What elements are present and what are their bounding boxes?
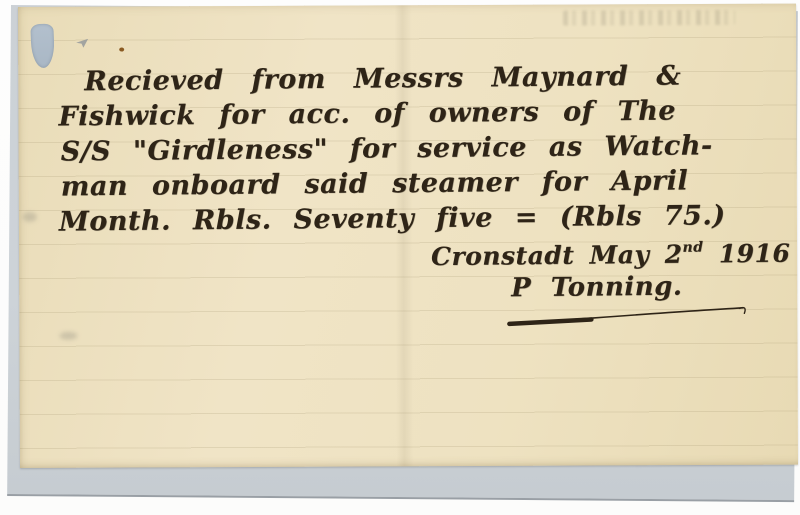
scanned-receipt-page: Recieved from Messrs Maynard & Fishwick … <box>0 0 800 515</box>
arrow-mark-icon <box>76 39 88 48</box>
signature-underline-flourish <box>505 304 755 329</box>
smudge-mark <box>59 332 77 340</box>
receipt-paper: Recieved from Messrs Maynard & Fishwick … <box>18 4 798 468</box>
handwriting-line-3: S/S "Girdleness" for service as Watch- <box>60 130 712 167</box>
dateline-place-date: Cronstadt May 2 <box>431 240 683 271</box>
ink-fleck <box>119 48 124 52</box>
handwriting-line-5: Month. Rbls. Seventy five = (Rbls 75.) <box>59 200 726 237</box>
dateline-ordinal: nd <box>682 240 703 256</box>
dateline: Cronstadt May 2nd 1916 <box>431 239 791 271</box>
dateline-year: 1916 <box>703 239 790 269</box>
faint-stamp <box>563 10 735 26</box>
handwriting-line-1: Recieved from Messrs Maynard & <box>84 61 681 98</box>
paper-tag-icon <box>30 23 55 68</box>
smudge-mark <box>23 212 37 222</box>
signature: P Tonning. <box>511 272 682 304</box>
handwriting-line-2: Fishwick for acc. of owners of The <box>58 96 676 133</box>
handwriting-line-4: man onboard said steamer for April <box>61 165 689 202</box>
